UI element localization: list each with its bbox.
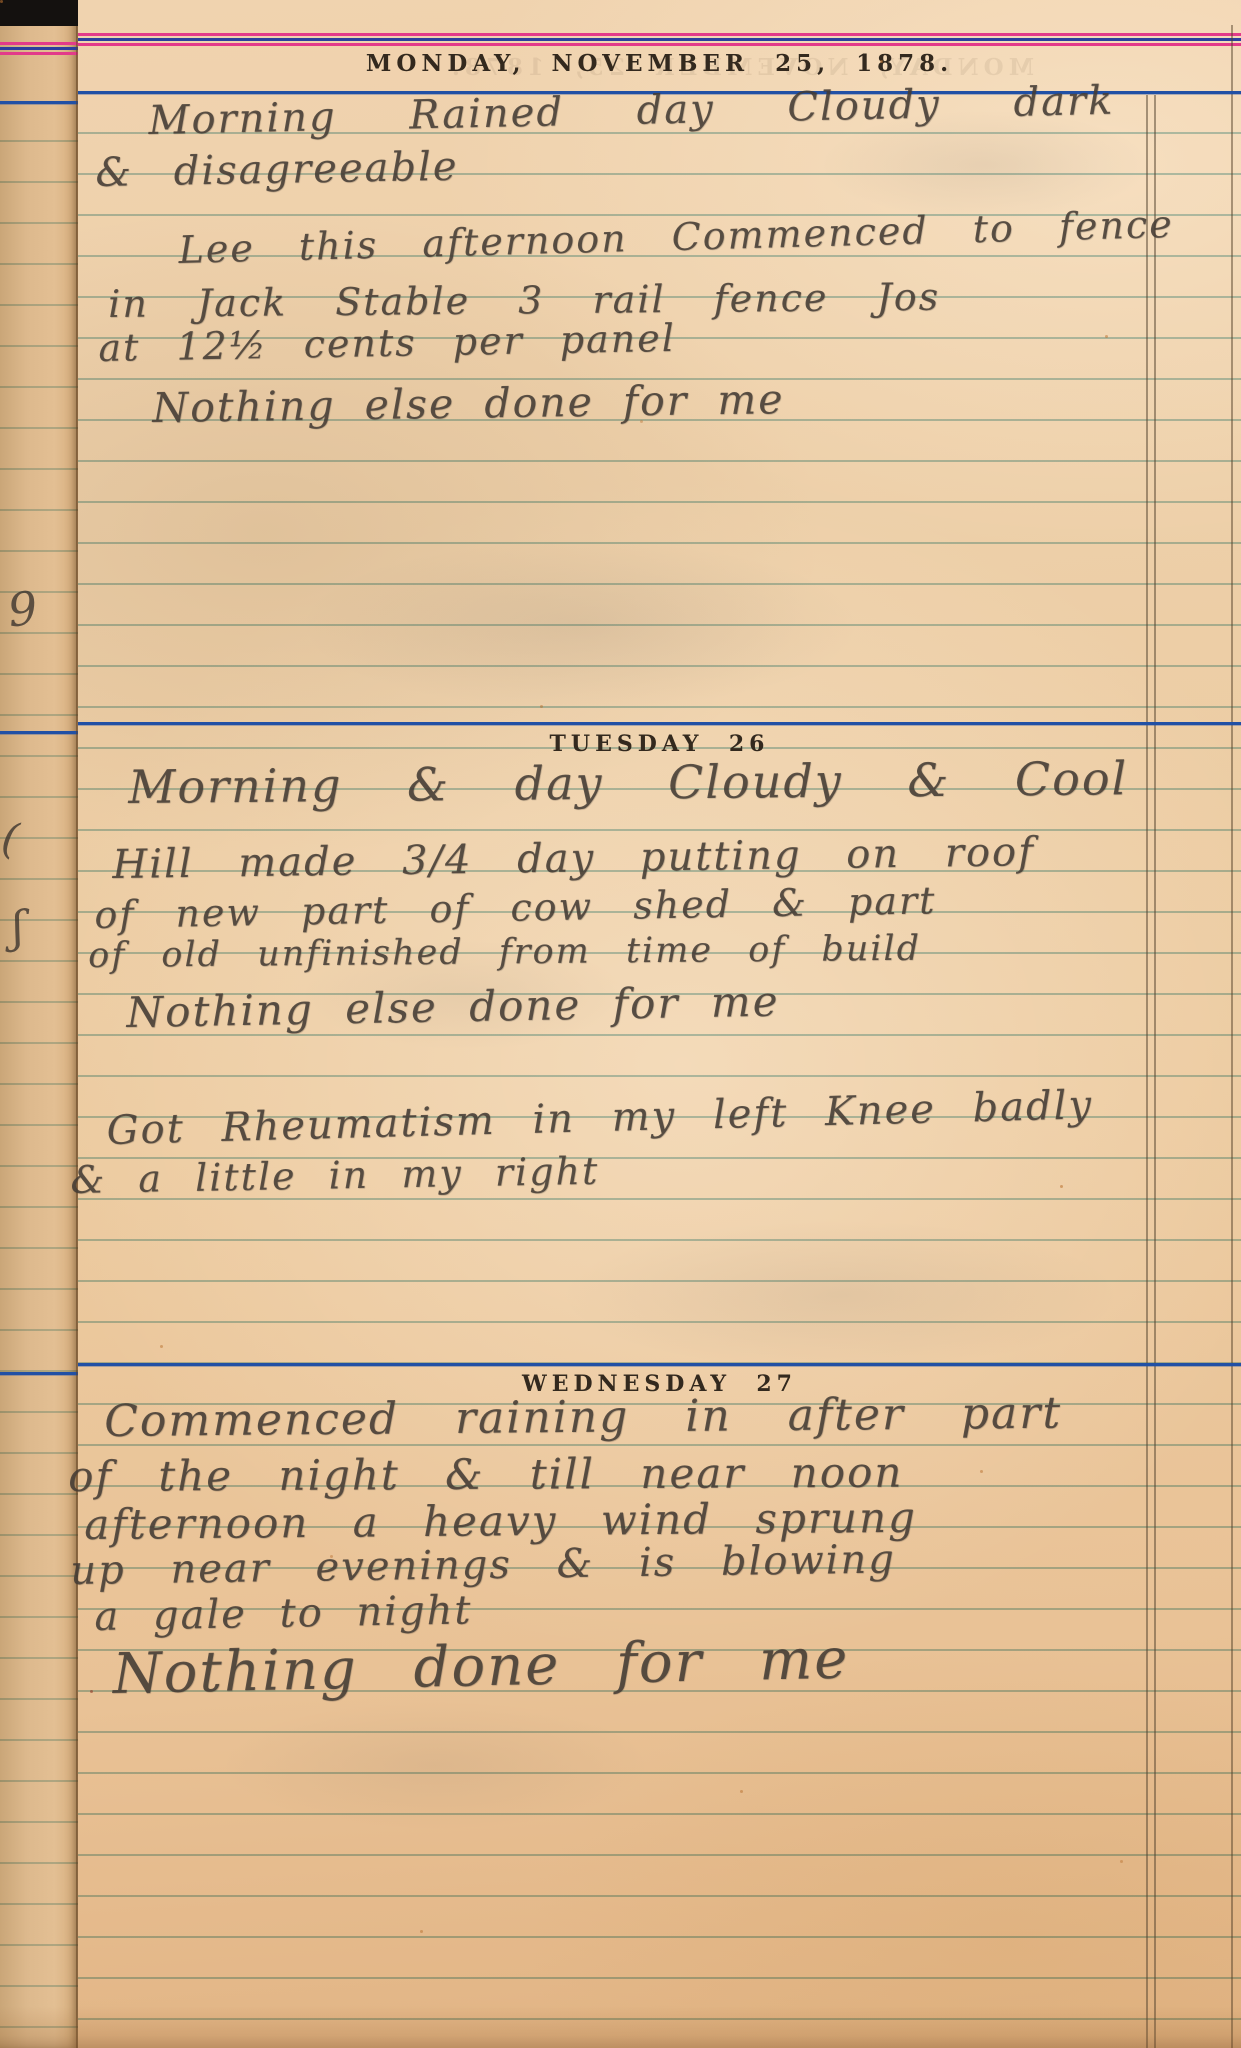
foxing-specks — [0, 0, 3, 3]
entry-monday-line: & disagreeable — [95, 144, 459, 196]
section-rule-tuesday — [78, 722, 1241, 725]
date-header-monday: MONDAY, NOVEMBER 25, 1878. — [78, 50, 1241, 77]
entry-tuesday-line: of old unfinished from time of build — [88, 929, 921, 976]
entry-wednesday-line: Commenced raining in after part — [104, 1388, 1062, 1447]
entry-monday-line: Nothing else done for me — [152, 375, 785, 432]
entry-wednesday-line: a gale to night — [94, 1587, 473, 1640]
pink-blue-head-rule — [78, 33, 1241, 46]
ruled-lines-strip — [0, 101, 78, 2048]
section-rule-strip — [0, 731, 78, 734]
pink-blue-rule-strip — [0, 42, 78, 55]
entry-tuesday-line: Morning & day Cloudy & Cool — [128, 751, 1128, 814]
page-bottom-edge — [0, 2006, 1241, 2048]
scan-corner-shadow — [0, 0, 80, 26]
section-rule-strip — [0, 101, 78, 104]
margin-right-line — [1231, 25, 1233, 2048]
margin-overflow-mark: 9 — [5, 581, 40, 638]
diary-page-scan: 9 ( ʃ MONDAY, NOVEMBER 25, 1878. MONDAY,… — [0, 0, 1241, 2048]
entry-tuesday-line: & a little in my right — [70, 1149, 600, 1202]
margin-double-line — [1146, 95, 1156, 2048]
previous-page-edge: 9 ( ʃ — [0, 0, 78, 2048]
section-rule-strip — [0, 1372, 78, 1375]
section-rule-wednesday — [78, 1363, 1241, 1366]
